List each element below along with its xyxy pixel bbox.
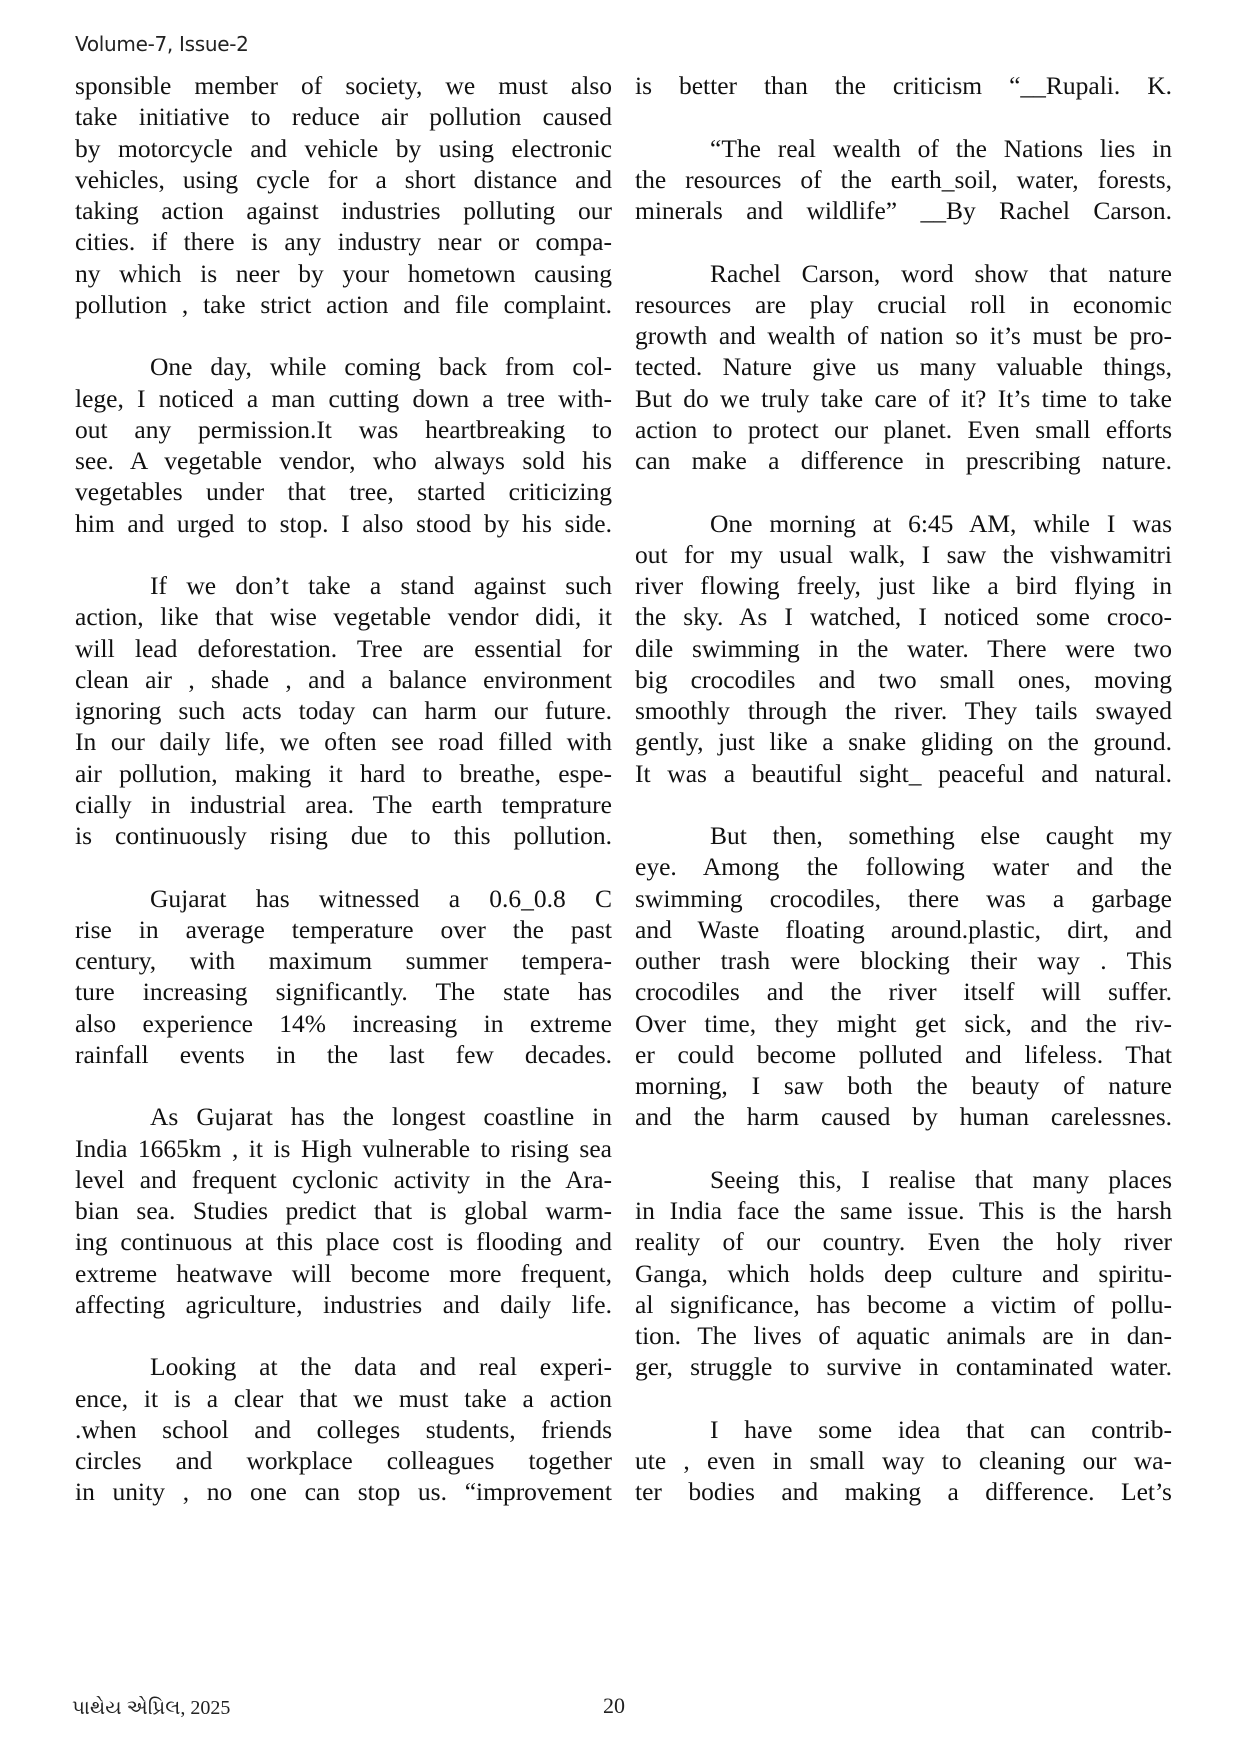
paragraph-gap [75, 539, 612, 570]
text-line: is better than the criticism “__Rupali. … [635, 70, 1172, 101]
paragraph-gap [635, 789, 1172, 820]
text-line: morning, I saw both the beauty of nature [635, 1070, 1172, 1101]
text-line: river flowing freely, just like a bird f… [635, 570, 1172, 601]
text-line: cially in industrial area. The earth tem… [75, 789, 612, 820]
paragraph-gap [635, 1133, 1172, 1164]
paragraph-start-line: But then, something else caught my [635, 820, 1172, 851]
text-line: India 1665km , it is High vulnerable to … [75, 1133, 612, 1164]
text-line: Over time, they might get sick, and the … [635, 1008, 1172, 1039]
text-line: ger, struggle to survive in contaminated… [635, 1351, 1172, 1382]
paragraph-start-line: Gujarat has witnessed a 0.6_0.8 C [75, 883, 612, 914]
text-line: circles and workplace colleagues togethe… [75, 1445, 612, 1476]
text-line: er could become polluted and lifeless. T… [635, 1039, 1172, 1070]
text-line: resources are play crucial roll in econo… [635, 289, 1172, 320]
text-line: big crocodiles and two small ones, movin… [635, 664, 1172, 695]
text-line: Ganga, which holds deep culture and spir… [635, 1258, 1172, 1289]
text-line: ignoring such acts today can harm our fu… [75, 695, 612, 726]
text-line: in unity , no one can stop us. “improvem… [75, 1476, 612, 1507]
publication-date-footer: પાથેય એપ્રિલ, 2025 [72, 1697, 230, 1720]
text-line: him and urged to stop. I also stood by h… [75, 508, 612, 539]
text-line: can make a difference in prescribing nat… [635, 445, 1172, 476]
text-line: by motorcycle and vehicle by using elect… [75, 133, 612, 164]
paragraph-gap [75, 1320, 612, 1351]
text-line: century, with maximum summer tempera- [75, 945, 612, 976]
text-line: ny which is neer by your hometown causin… [75, 258, 612, 289]
paragraph-start-line: Looking at the data and real experi- [75, 1351, 612, 1382]
text-line: ence, it is a clear that we must take a … [75, 1383, 612, 1414]
text-line: tected. Nature give us many valuable thi… [635, 351, 1172, 382]
text-line: eye. Among the following water and the [635, 851, 1172, 882]
text-line: cities. if there is any industry near or… [75, 226, 612, 257]
text-line: .when school and colleges students, frie… [75, 1414, 612, 1445]
text-line: ter bodies and making a difference. Let’… [635, 1476, 1172, 1507]
paragraph-start-line: As Gujarat has the longest coastline in [75, 1101, 612, 1132]
text-line: outher trash were blocking their way . T… [635, 945, 1172, 976]
text-line: al significance, has become a victim of … [635, 1289, 1172, 1320]
text-line: affecting agriculture, industries and da… [75, 1289, 612, 1320]
text-line: bian sea. Studies predict that is global… [75, 1195, 612, 1226]
paragraph-start-line: Seeing this, I realise that many places [635, 1164, 1172, 1195]
paragraph-start-line: Rachel Carson, word show that nature [635, 258, 1172, 289]
page-number: 20 [603, 1693, 625, 1719]
text-line: will lead deforestation. Tree are essent… [75, 633, 612, 664]
text-line: rainfall events in the last few decades. [75, 1039, 612, 1070]
text-line: gently, just like a snake gliding on the… [635, 726, 1172, 757]
text-line: take initiative to reduce air pollution … [75, 101, 612, 132]
text-line: in India face the same issue. This is th… [635, 1195, 1172, 1226]
paragraph-gap [635, 1383, 1172, 1414]
text-line: out for my usual walk, I saw the vishwam… [635, 539, 1172, 570]
text-line: rise in average temperature over the pas… [75, 914, 612, 945]
text-line: action to protect our planet. Even small… [635, 414, 1172, 445]
text-line: action, like that wise vegetable vendor … [75, 601, 612, 632]
text-line: and the harm caused by human carelessnes… [635, 1101, 1172, 1132]
volume-issue-header: Volume-7, Issue-2 [75, 32, 249, 56]
text-line: ture increasing significantly. The state… [75, 976, 612, 1007]
text-line: crocodiles and the river itself will suf… [635, 976, 1172, 1007]
quote-line: the resources of the earth_soil, water, … [635, 164, 1172, 195]
text-line: and Waste floating around.plastic, dirt,… [635, 914, 1172, 945]
text-line: vehicles, using cycle for a short distan… [75, 164, 612, 195]
text-line: smoothly through the river. They tails s… [635, 695, 1172, 726]
text-line: the sky. As I watched, I noticed some cr… [635, 601, 1172, 632]
text-line: level and frequent cyclonic activity in … [75, 1164, 612, 1195]
text-line: lege, I noticed a man cutting down a tre… [75, 383, 612, 414]
paragraph-gap [75, 1070, 612, 1101]
left-column: sponsible member of society, we must als… [75, 70, 612, 1508]
text-line: growth and wealth of nation so it’s must… [635, 320, 1172, 351]
paragraph-start-line: I have some idea that can contrib- [635, 1414, 1172, 1445]
text-line: dile swimming in the water. There were t… [635, 633, 1172, 664]
paragraph-start-line: If we don’t take a stand against such [75, 570, 612, 601]
text-line: see. A vegetable vendor, who always sold… [75, 445, 612, 476]
text-line: sponsible member of society, we must als… [75, 70, 612, 101]
paragraph-gap [75, 851, 612, 882]
quote-attribution-line: minerals and wildlife” __By Rachel Carso… [635, 195, 1172, 226]
text-line: In our daily life, we often see road fil… [75, 726, 612, 757]
text-line: swimming crocodiles, there was a garbage [635, 883, 1172, 914]
text-line: ute , even in small way to cleaning our … [635, 1445, 1172, 1476]
text-line: clean air , shade , and a balance enviro… [75, 664, 612, 695]
text-line: is continuously rising due to this pollu… [75, 820, 612, 851]
right-column: is better than the criticism “__Rupali. … [635, 70, 1172, 1508]
paragraph-start-line: One morning at 6:45 AM, while I was [635, 508, 1172, 539]
text-line: But do we truly take care of it? It’s ti… [635, 383, 1172, 414]
text-line: pollution , take strict action and file … [75, 289, 612, 320]
text-line: vegetables under that tree, started crit… [75, 476, 612, 507]
paragraph-start-line: One day, while coming back from col- [75, 351, 612, 382]
paragraph-gap [635, 226, 1172, 257]
text-line: reality of our country. Even the holy ri… [635, 1226, 1172, 1257]
text-line: air pollution, making it hard to breathe… [75, 758, 612, 789]
text-line: tion. The lives of aquatic animals are i… [635, 1320, 1172, 1351]
quote-line: “The real wealth of the Nations lies in [635, 133, 1172, 164]
text-line: It was a beautiful sight_ peaceful and n… [635, 758, 1172, 789]
text-line: also experience 14% increasing in extrem… [75, 1008, 612, 1039]
text-line: out any permission.It was heartbreaking … [75, 414, 612, 445]
text-line: taking action against industries polluti… [75, 195, 612, 226]
text-line: ing continuous at this place cost is flo… [75, 1226, 612, 1257]
text-line: extreme heatwave will become more freque… [75, 1258, 612, 1289]
paragraph-gap [635, 101, 1172, 132]
paragraph-gap [635, 476, 1172, 507]
paragraph-gap [75, 320, 612, 351]
